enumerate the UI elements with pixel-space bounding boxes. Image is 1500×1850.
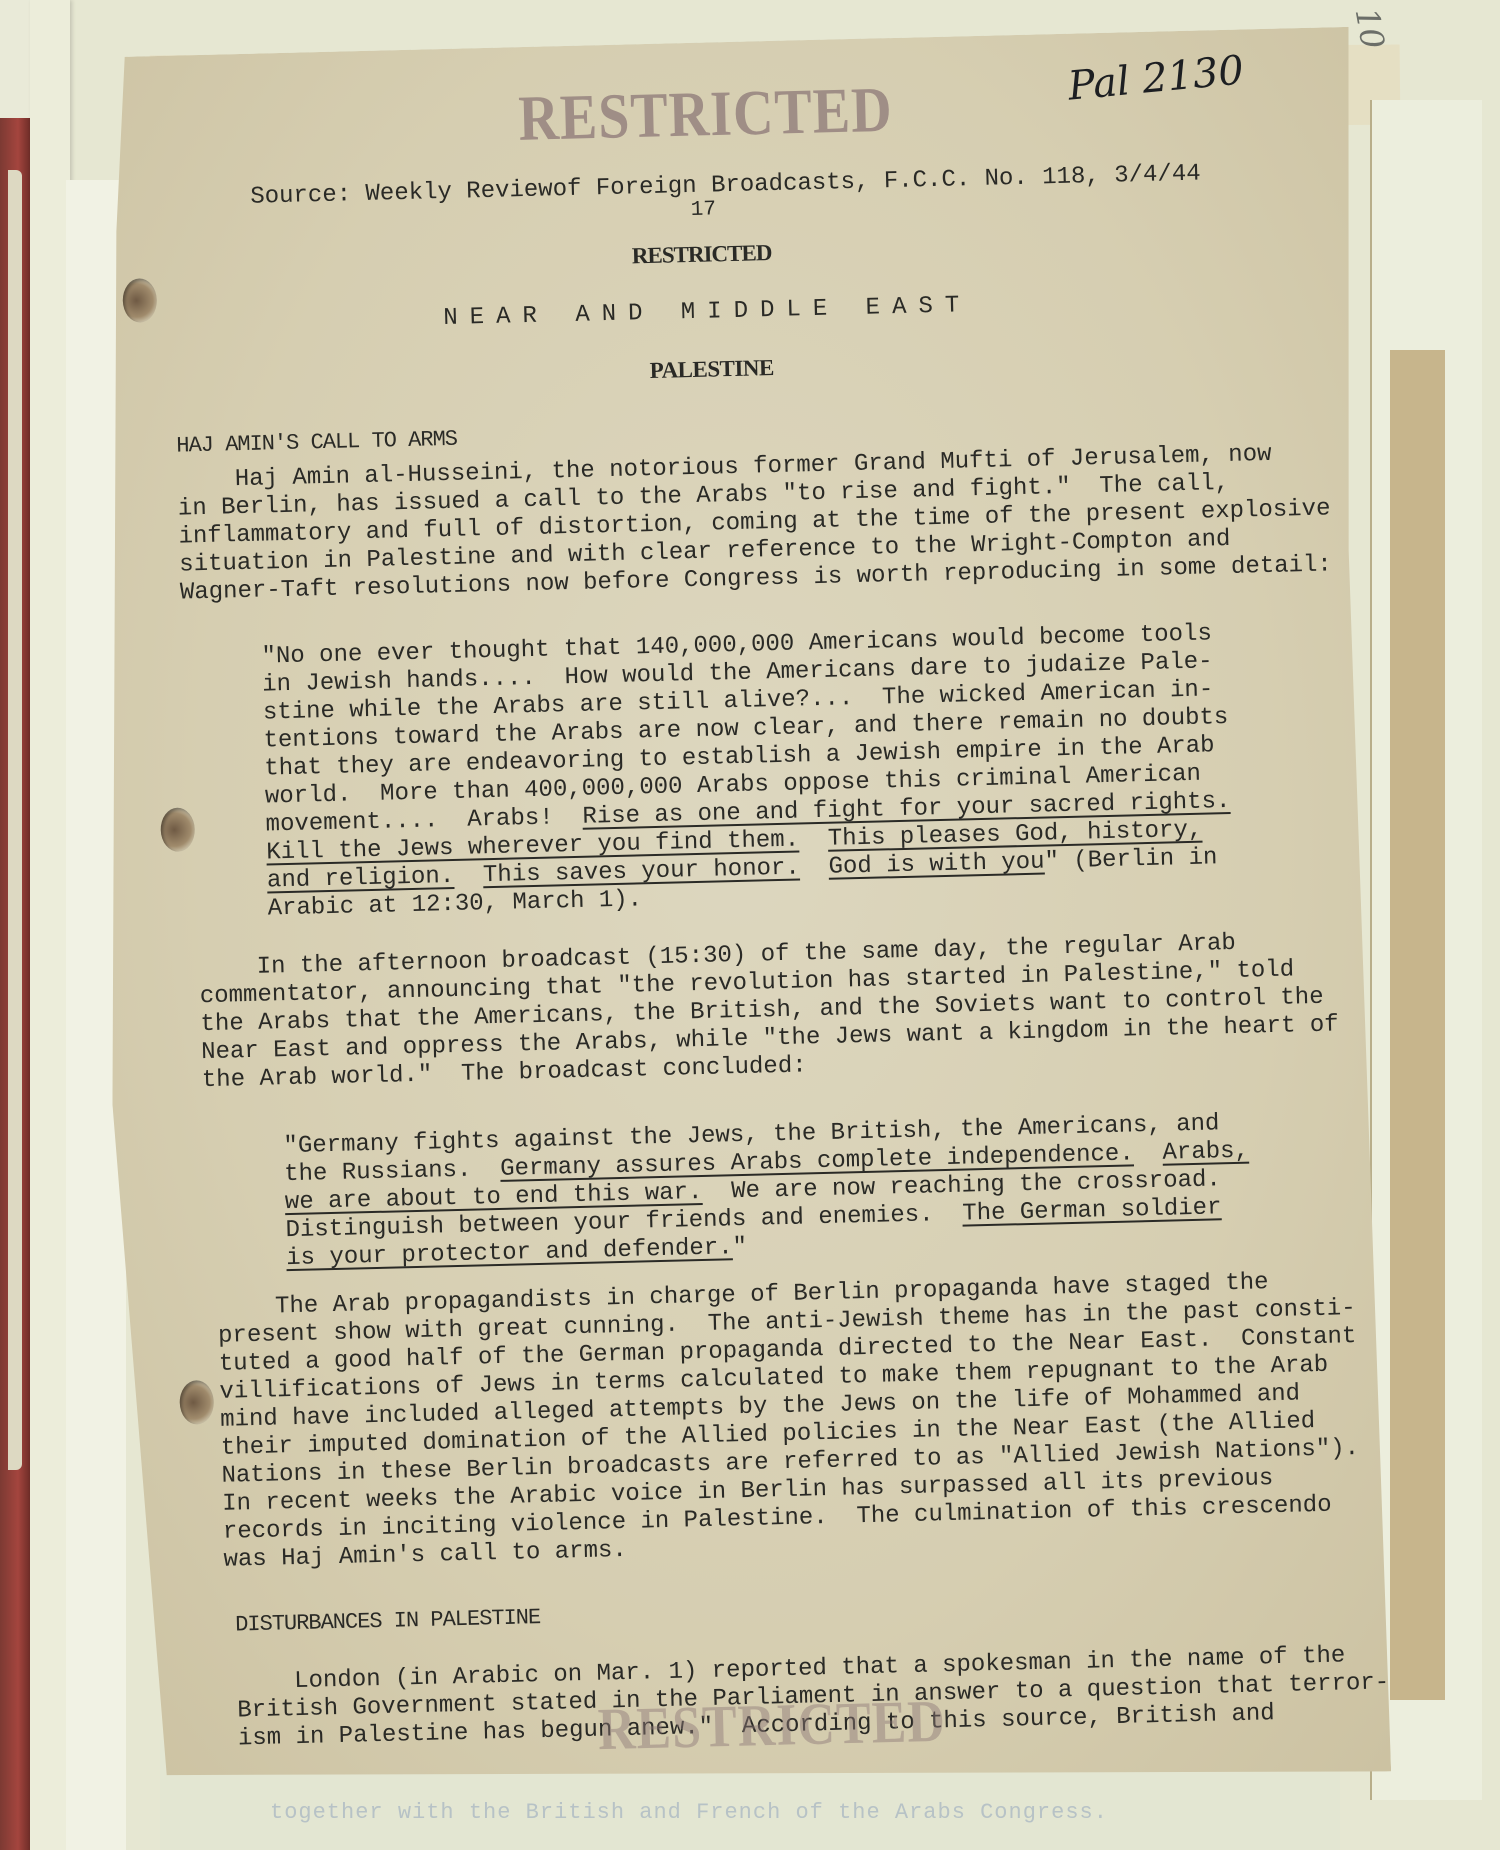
restricted-stamp-top: RESTRICTED bbox=[518, 73, 894, 156]
handwritten-reference: Pal 2130 bbox=[1066, 47, 1246, 109]
underlined-text: and religion. bbox=[267, 863, 455, 895]
paragraph-afternoon-broadcast: In the afternoon broadcast (15:30) of th… bbox=[199, 927, 1340, 1095]
region-title: NEAR AND MIDDLE EAST bbox=[443, 294, 971, 331]
paragraph-intro: Haj Amin al-Husseini, the notorious form… bbox=[177, 439, 1332, 607]
corner-handwritten-note: 10 bbox=[1348, 5, 1392, 52]
folder-inner-sheet bbox=[8, 170, 22, 1470]
punch-hole-top bbox=[122, 278, 157, 323]
classification-label: RESTRICTED bbox=[632, 241, 772, 267]
source-line: Source: Weekly Reviewof Foreign Broadcas… bbox=[250, 163, 1201, 210]
text-segment bbox=[799, 826, 828, 854]
paragraph-propagandists: The Arab propagandists in charge of Berl… bbox=[217, 1267, 1361, 1575]
text-segment bbox=[799, 854, 828, 882]
page-number: 17 bbox=[691, 199, 717, 221]
section-heading-call-to-arms: HAJ AMIN'S CALL TO ARMS bbox=[176, 429, 457, 458]
bleed-through-text: together with the British and French of … bbox=[270, 1800, 1320, 1825]
quote-block-mufti: "No one ever thought that 140,000,000 Am… bbox=[261, 620, 1233, 923]
text-segment: " (Berlin in bbox=[1044, 844, 1217, 875]
punch-hole-middle bbox=[160, 807, 195, 852]
underlined-text: God is with you bbox=[828, 849, 1045, 881]
restricted-stamp-bottom: RESTRICTED bbox=[597, 1688, 947, 1764]
underlined-text: Arabs, bbox=[1162, 1138, 1249, 1167]
punch-hole-bottom bbox=[179, 1380, 214, 1425]
country-title: PALESTINE bbox=[649, 356, 774, 382]
section-heading-disturbances: DISTURBANCES IN PALESTINE bbox=[235, 1607, 541, 1636]
text-segment bbox=[1133, 1140, 1162, 1168]
background-sheet-right-tan bbox=[1390, 350, 1445, 1700]
text-segment: " bbox=[732, 1234, 747, 1261]
text-segment bbox=[454, 862, 483, 890]
document-page: RESTRICTED Pal 2130 Source: Weekly Revie… bbox=[87, 27, 1391, 1802]
text-segment: the Russians. bbox=[284, 1156, 501, 1188]
underlined-text: The German soldier bbox=[962, 1194, 1222, 1227]
background-sheet-left-2 bbox=[30, 0, 70, 1850]
quote-block-broadcast: "Germany fights against the Jews, the Br… bbox=[283, 1110, 1251, 1274]
